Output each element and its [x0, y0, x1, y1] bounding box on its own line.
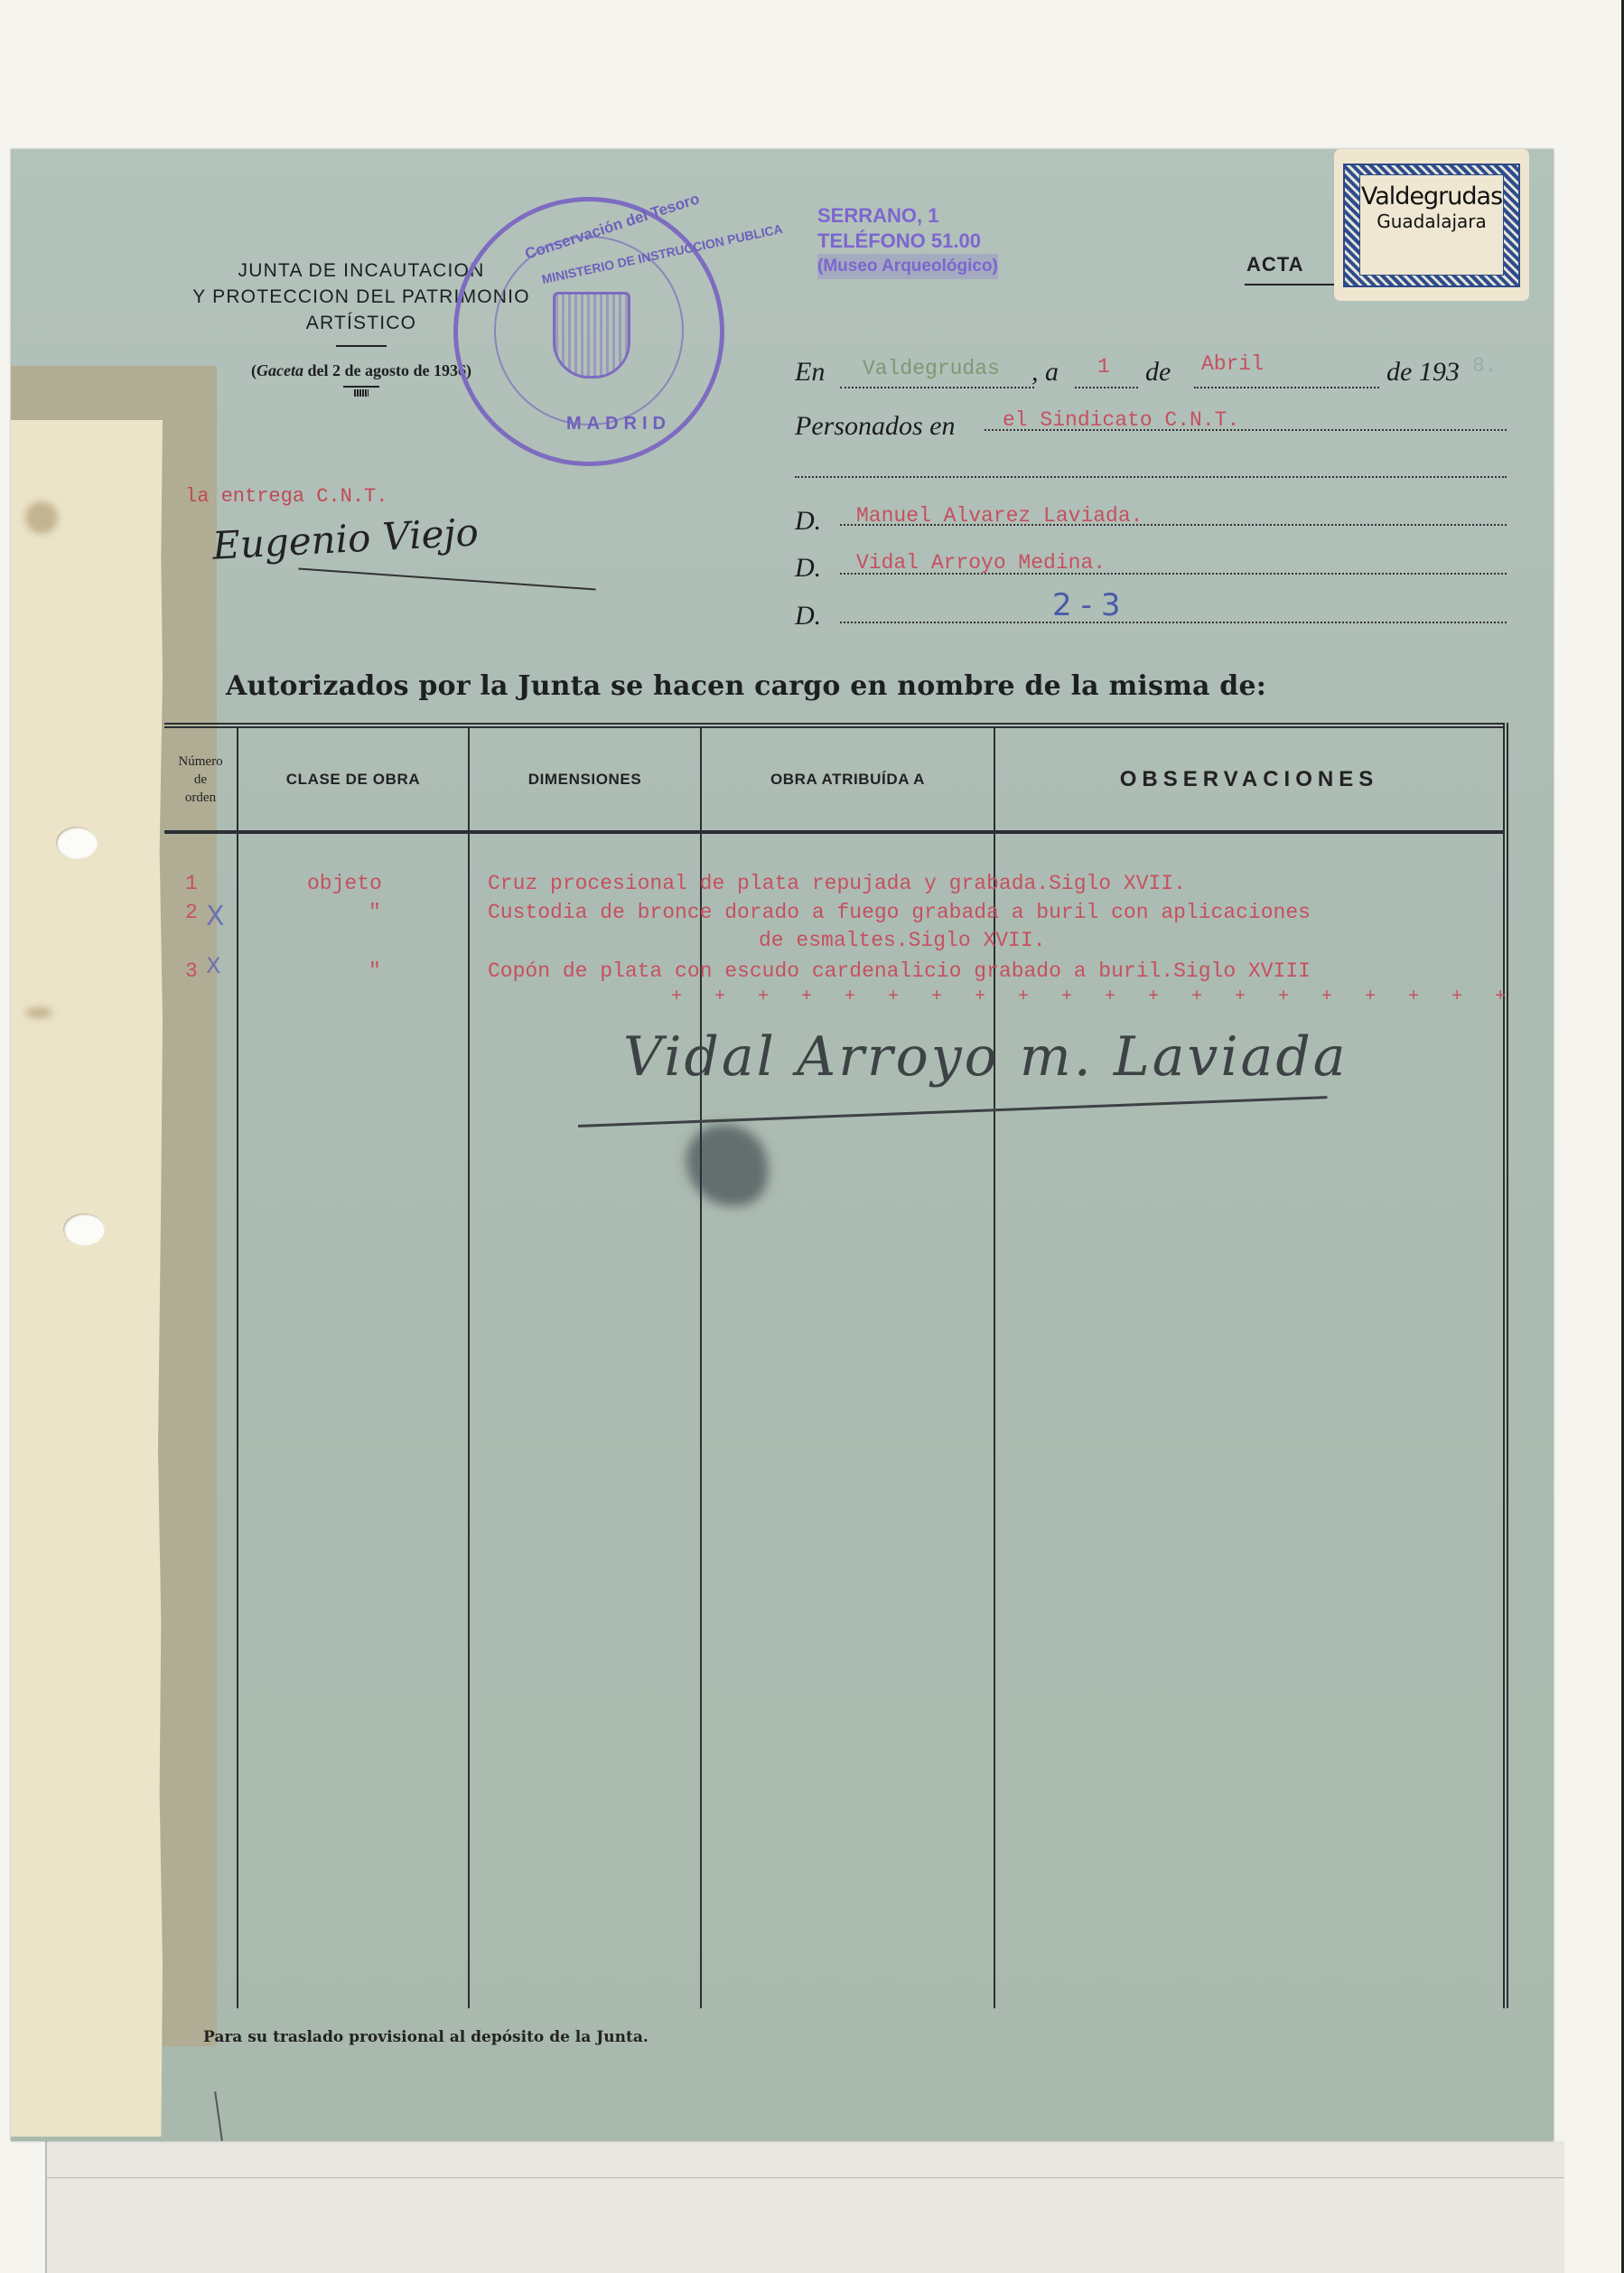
address-stamp: SERRANO, 1 TELÉFONO 51.00 (Museo Arqueol…: [817, 203, 998, 279]
acta-label: ACTA: [1246, 253, 1303, 276]
form-label-year: de 193: [1386, 357, 1460, 388]
row-description: Cruz procesional de plata repujada y gra…: [488, 872, 1186, 895]
coat-of-arms-icon: [553, 292, 630, 379]
column-clase: [238, 832, 469, 2008]
address-line-1: SERRANO, 1: [817, 203, 998, 229]
row-clase: ": [369, 959, 381, 983]
seal-city: MADRID: [566, 414, 671, 435]
header-numero: Número de orden: [164, 725, 238, 832]
punch-hole-icon: [63, 1213, 105, 1246]
form-label-d3: D.: [795, 601, 821, 631]
pencil-note: 2-3: [1052, 587, 1130, 623]
torn-paper-strip: [11, 420, 163, 2137]
place-stamp: Valdegrudas Guadalajara: [1337, 152, 1526, 298]
header-atribuida: OBRA ATRIBUÍDA A: [701, 725, 994, 832]
check-x-icon: X: [206, 901, 225, 932]
stamp-label: Valdegrudas Guadalajara: [1359, 174, 1504, 276]
column-dimensiones: [469, 832, 701, 2008]
stamp-province: Guadalajara: [1360, 210, 1503, 232]
field-personados[interactable]: el Sindicato C.N.T.: [1003, 408, 1239, 432]
punch-hole-icon: [56, 827, 98, 859]
stain: [25, 501, 58, 534]
row-description: Custodia de bronce dorado a fuego grabad…: [488, 901, 1311, 924]
divider: [336, 345, 387, 347]
row-number: 3: [185, 959, 198, 983]
row-number: 1: [185, 872, 198, 895]
stain: [25, 1007, 52, 1018]
row-clase: objeto: [307, 872, 382, 895]
form-label-a: , a: [1031, 357, 1059, 388]
dotted-line: [840, 387, 1034, 388]
form-label-en: En: [795, 357, 825, 388]
form-label-personados: Personados en: [795, 411, 955, 442]
ruled-line: [47, 2177, 1564, 2178]
dotted-line: [1194, 387, 1379, 388]
table-body: [164, 832, 1506, 2008]
section-title: Autorizados por la Junta se hacen cargo …: [226, 670, 1266, 702]
row-description: Copón de plata con escudo cardenalicio g…: [488, 959, 1311, 983]
header-clase: CLASE DE OBRA: [238, 725, 469, 832]
dotted-line: [1075, 387, 1138, 388]
header-observaciones: OBSERVACIONES: [994, 725, 1506, 832]
check-x-icon: X: [206, 953, 220, 978]
row-description: de esmaltes.Siglo XVII.: [759, 929, 1045, 952]
signature-table: Vidal Arroyo m. Laviada: [623, 1025, 1349, 1089]
field-person-2[interactable]: Vidal Arroyo Medina.: [856, 551, 1106, 575]
row-clase: ": [369, 901, 381, 924]
ornament-icon: [343, 386, 379, 397]
field-day[interactable]: 1: [1097, 355, 1110, 379]
field-year-suffix[interactable]: 8.: [1472, 354, 1498, 378]
form-label-de: de: [1145, 357, 1171, 388]
underlying-sheet: [45, 2141, 1564, 2273]
header-dimensiones: DIMENSIONES: [469, 725, 701, 832]
field-month[interactable]: Abril: [1201, 352, 1264, 376]
dotted-line: [840, 622, 1507, 623]
address-line-2: TELÉFONO 51.00: [817, 229, 998, 254]
form-label-d1: D.: [795, 506, 821, 537]
stamp-place: Valdegrudas: [1360, 182, 1503, 210]
column-numero: [164, 832, 238, 2008]
address-line-3: (Museo Arqueológico): [817, 254, 998, 279]
row-number: 2: [185, 901, 198, 924]
column-atribuida: [701, 832, 994, 2008]
column-observaciones: [994, 832, 1506, 2008]
footnote: Para su traslado provisional al depósito…: [203, 2028, 649, 2046]
typed-note: la entrega C.N.T.: [185, 485, 387, 508]
dotted-line: [795, 476, 1507, 478]
form-label-d2: D.: [795, 553, 821, 584]
acta-underline: [1245, 284, 1339, 285]
field-place[interactable]: Valdegrudas: [863, 357, 1000, 380]
field-person-1[interactable]: Manuel Alvarez Laviada.: [856, 504, 1143, 528]
closing-marks: + + + + + + + + + + + + + + + + + + + +: [671, 987, 1517, 1007]
official-seal: Conservación del Tesoro MINISTERIO DE IN…: [453, 197, 724, 466]
